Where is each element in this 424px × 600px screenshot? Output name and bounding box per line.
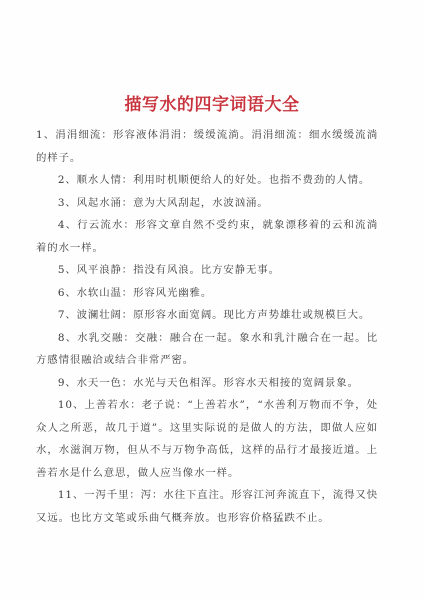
list-item: 9、水天一色：水光与天色相浑。形容水天相接的宽阔景象。 xyxy=(36,372,378,395)
list-item: 2、顺水人情：利用时机顺便给人的好处。也指不费劲的人情。 xyxy=(36,169,378,192)
list-item: 4、行云流水：形容文章自然不受约束，就象漂移着的云和流淌着的水一样。 xyxy=(36,214,378,259)
list-item: 10、上善若水：老子说：“上善若水”，“水善利万物而不争，处众人之所恶，故几于道… xyxy=(36,394,378,484)
list-item: 11、一泻千里：泻：水往下直注。形容江河奔流直下，流得又快又远。也比方文笔或乐曲… xyxy=(36,484,378,529)
list-item: 3、风起水涌：意为大风刮起，水波汹涌。 xyxy=(36,192,378,215)
list-item: 6、水软山温：形容风光幽雅。 xyxy=(36,282,378,305)
page-title: 描写水的四字词语大全 xyxy=(0,90,424,115)
list-item: 1、涓涓细流：形容液体涓涓：缓缓流淌。涓涓细流：细水缓缓流淌的样子。 xyxy=(36,124,378,169)
list-item: 7、波澜壮阔：原形容水面宽阔。现比方声势雄壮或规模巨大。 xyxy=(36,304,378,327)
document-page: 描写水的四字词语大全 1、涓涓细流：形容液体涓涓：缓缓流淌。涓涓细流：细水缓缓流… xyxy=(0,0,424,600)
document-body: 1、涓涓细流：形容液体涓涓：缓缓流淌。涓涓细流：细水缓缓流淌的样子。 2、顺水人… xyxy=(36,124,378,529)
list-item: 8、水乳交融：交融：融合在一起。象水和乳汁融合在一起。比方感情很融洽或结合非常严… xyxy=(36,327,378,372)
list-item: 5、风平浪静：指没有风浪。比方安静无事。 xyxy=(36,259,378,282)
